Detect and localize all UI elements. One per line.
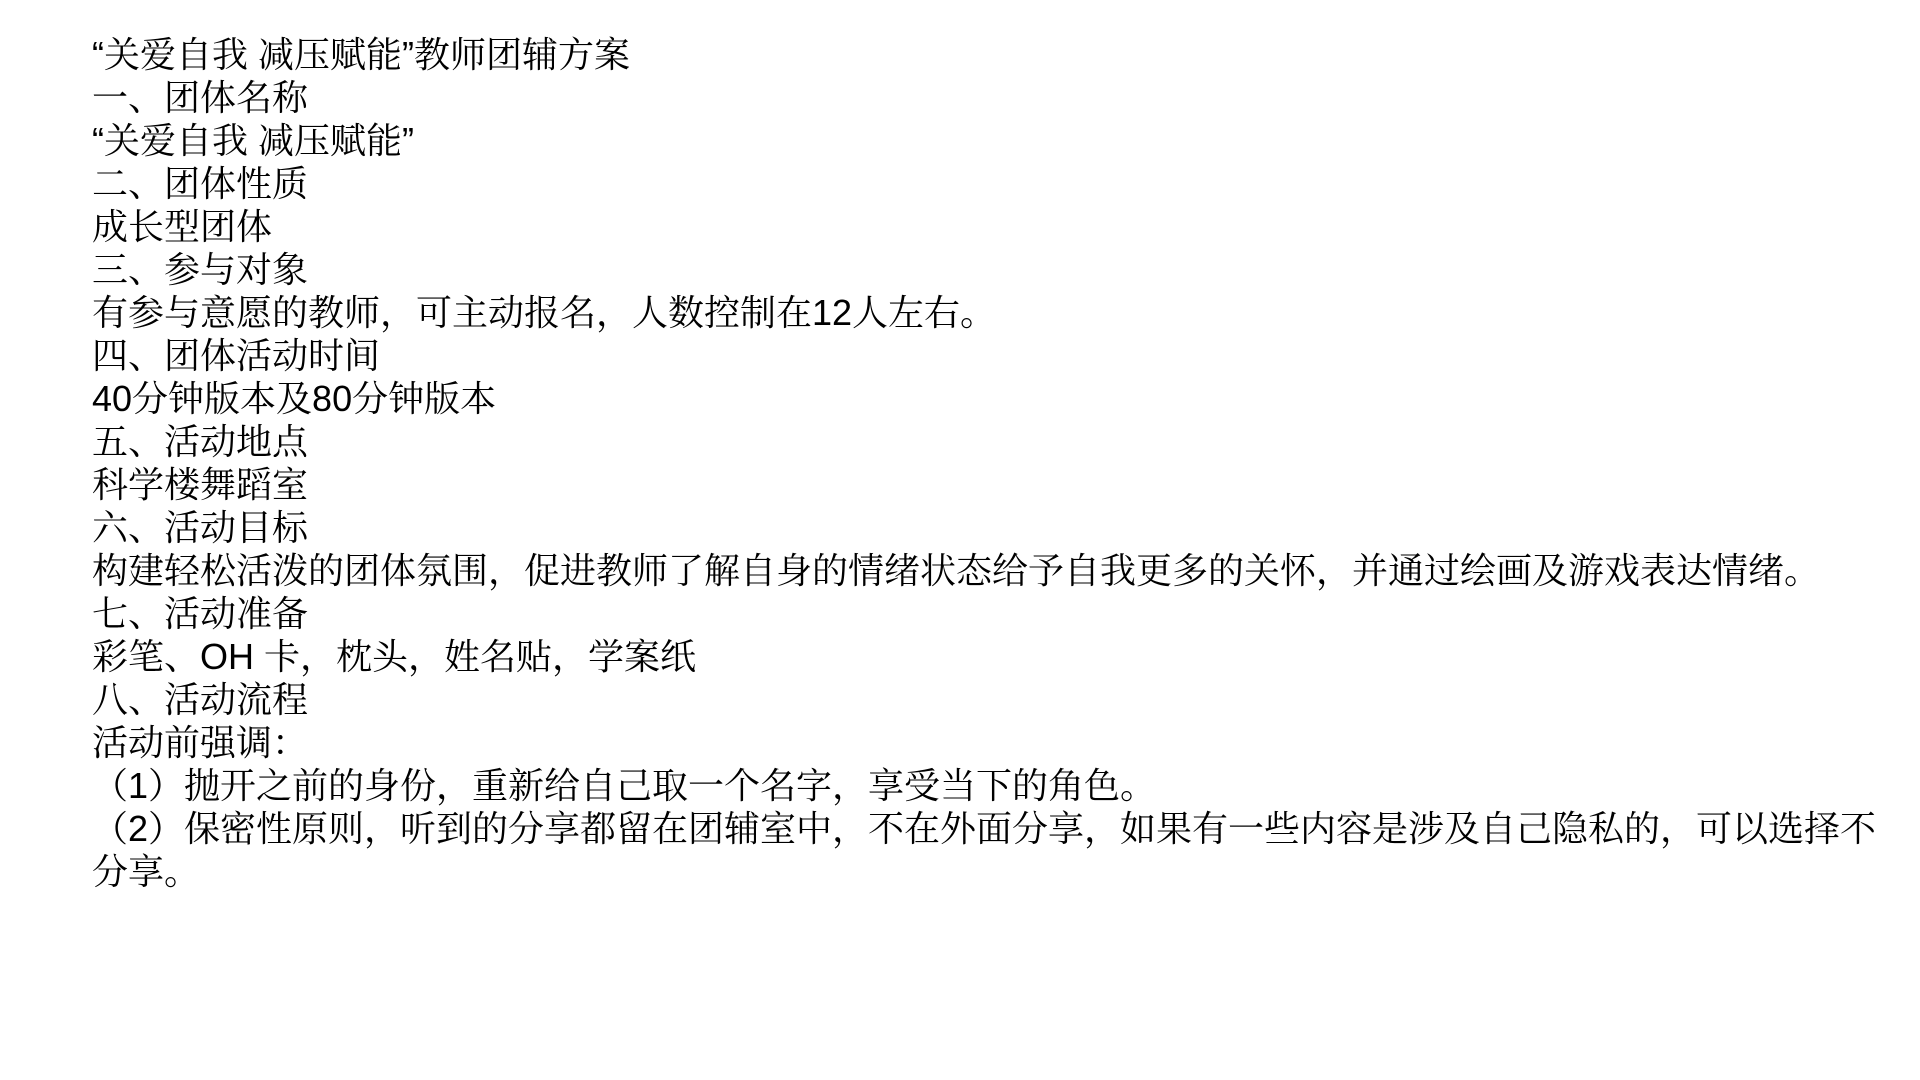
preparation-value: 彩笔、OH 卡，枕头，姓名贴，学案纸 bbox=[92, 635, 1896, 678]
participants-value: 有参与意愿的教师，可主动报名，人数控制在12人左右。 bbox=[92, 291, 1896, 334]
heading-process: 八、活动流程 bbox=[92, 678, 1896, 721]
goals-value: 构建轻松活泼的团体氛围，促进教师了解自身的情绪状态给予自我更多的关怀，并通过绘画… bbox=[92, 549, 1896, 592]
document-page: “关爱自我 减压赋能”教师团辅方案 一、团体名称 “关爱自我 减压赋能” 二、团… bbox=[0, 0, 1920, 1080]
heading-location: 五、活动地点 bbox=[92, 420, 1896, 463]
heading-group-type: 二、团体性质 bbox=[92, 162, 1896, 205]
heading-participants: 三、参与对象 bbox=[92, 248, 1896, 291]
note-item-1: （1）抛开之前的身份，重新给自己取一个名字，享受当下的角色。 bbox=[92, 764, 1896, 807]
activity-time-value: 40分钟版本及80分钟版本 bbox=[92, 377, 1896, 420]
heading-goals: 六、活动目标 bbox=[92, 506, 1896, 549]
heading-activity-time: 四、团体活动时间 bbox=[92, 334, 1896, 377]
heading-group-name: 一、团体名称 bbox=[92, 76, 1896, 119]
heading-preparation: 七、活动准备 bbox=[92, 592, 1896, 635]
doc-title: “关爱自我 减压赋能”教师团辅方案 bbox=[92, 33, 1896, 76]
location-value: 科学楼舞蹈室 bbox=[92, 463, 1896, 506]
group-name-value: “关爱自我 减压赋能” bbox=[92, 119, 1896, 162]
note-item-2: （2）保密性原则，听到的分享都留在团辅室中，不在外面分享，如果有一些内容是涉及自… bbox=[92, 807, 1896, 893]
group-type-value: 成长型团体 bbox=[92, 205, 1896, 248]
pre-activity-note-label: 活动前强调： bbox=[92, 721, 1896, 764]
